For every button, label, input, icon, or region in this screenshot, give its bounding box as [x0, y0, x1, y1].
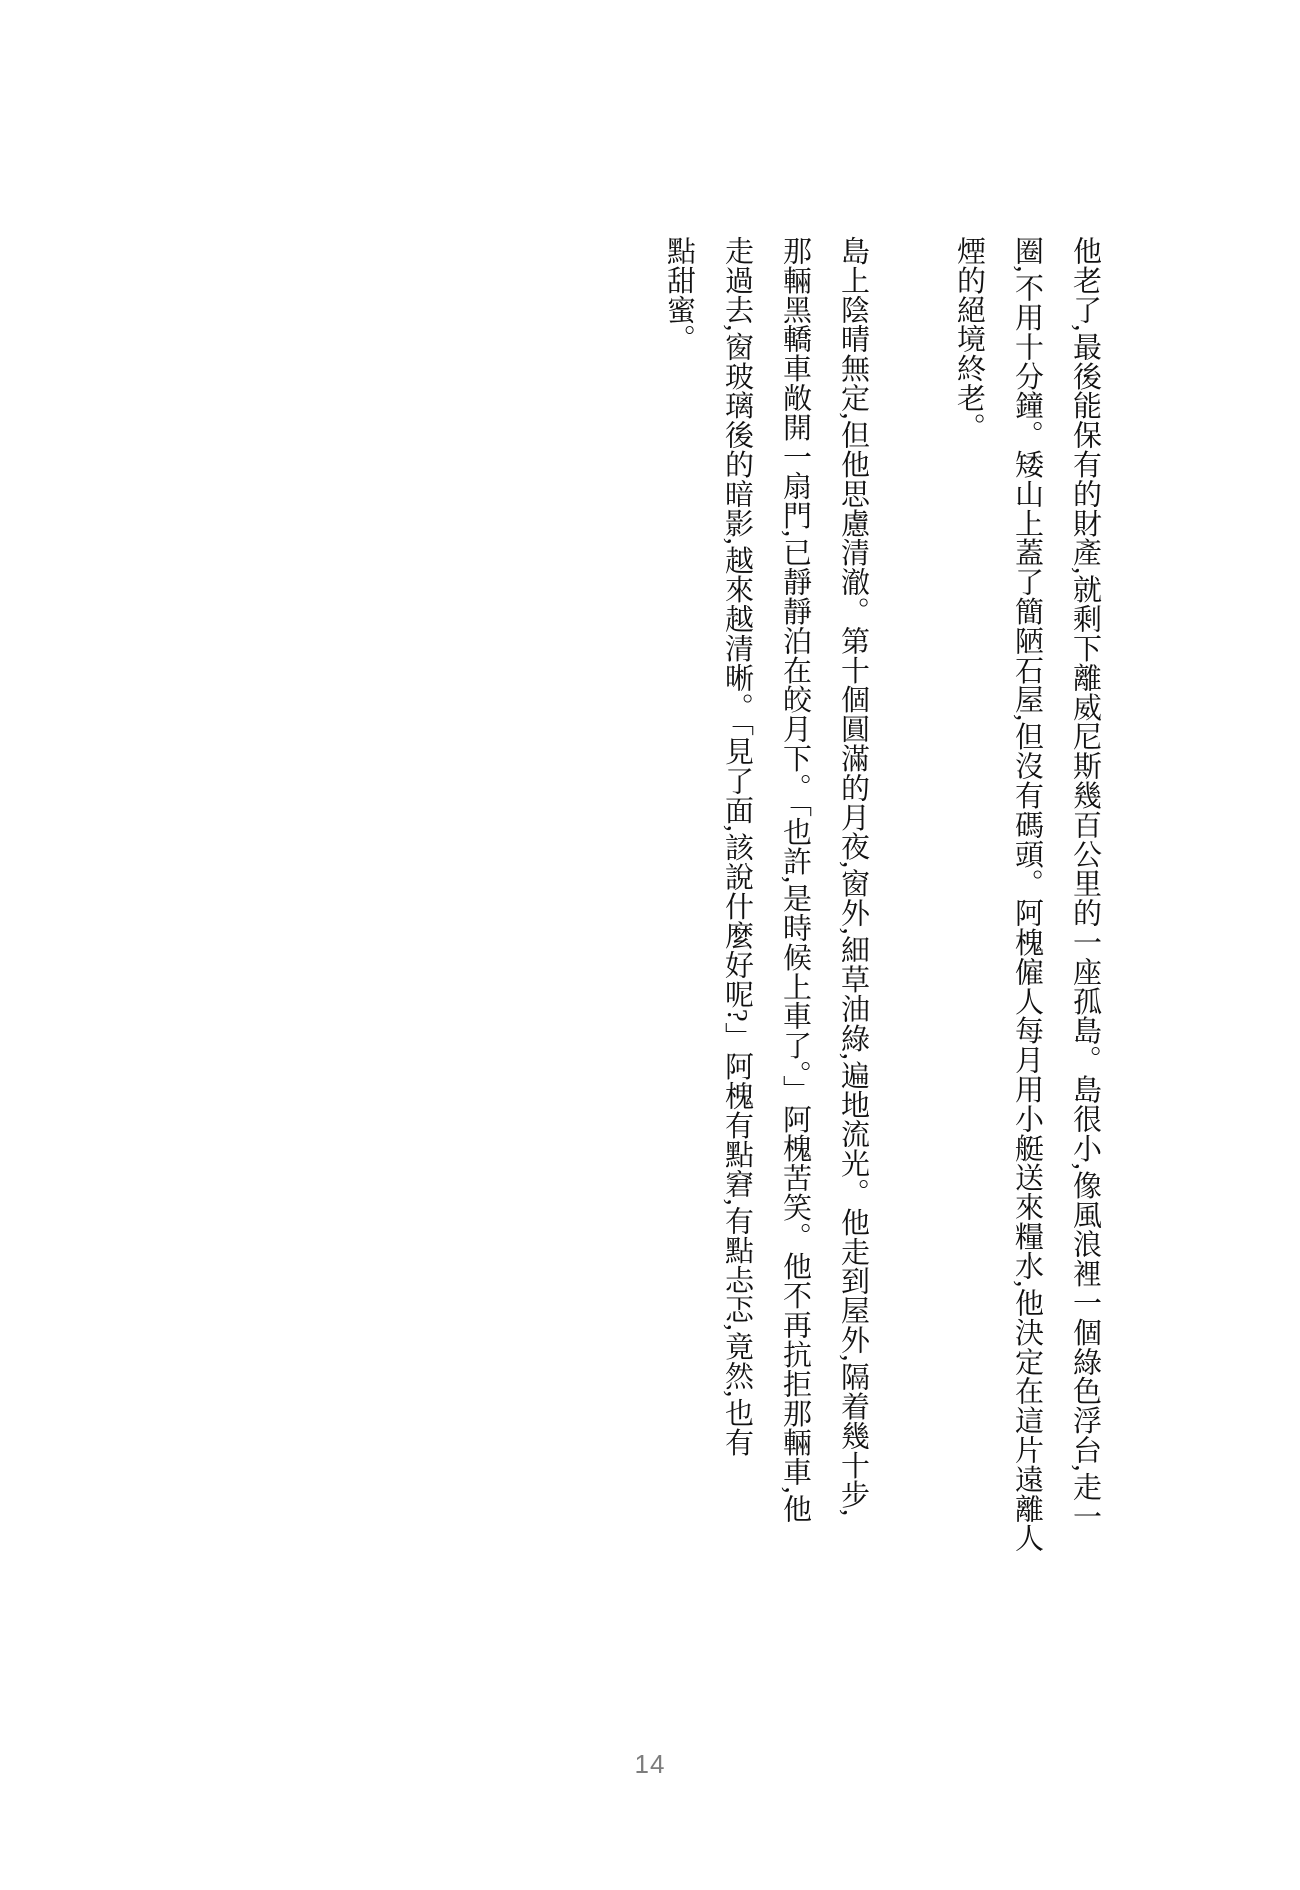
text-column: 他老了,最後能保有的財產,就剩下離威尼斯幾百公里的一座孤島。島很小,像風浪裡一個… — [1056, 236, 1114, 1666]
text-column: 煙的絕境終老。 — [940, 236, 998, 1666]
paragraph: 他老了,最後能保有的財產,就剩下離威尼斯幾百公里的一座孤島。島很小,像風浪裡一個… — [940, 236, 1114, 1666]
text-column: 點甜蜜。 — [650, 236, 708, 1666]
paragraph: 島上陰晴無定,但他思慮清澈。第十個圓滿的月夜,窗外,細草油綠,遍地流光。他走到屋… — [650, 236, 882, 1666]
text-column: 走過去,窗玻璃後的暗影,越來越清晰。「見了面,該說什麼好呢?」阿槐有點窘,有點忐… — [708, 236, 766, 1666]
page-number: 14 — [0, 1749, 1300, 1780]
text-column: 那輛黑轎車敞開一扇門,已靜靜泊在皎月下。「也許,是時候上車了。」阿槐苦笑。他不再… — [766, 236, 824, 1666]
text-column: 島上陰晴無定,但他思慮清澈。第十個圓滿的月夜,窗外,細草油綠,遍地流光。他走到屋… — [824, 236, 882, 1666]
book-page: 他老了,最後能保有的財產,就剩下離威尼斯幾百公里的一座孤島。島很小,像風浪裡一個… — [0, 0, 1300, 1890]
vertical-text-block: 他老了,最後能保有的財產,就剩下離威尼斯幾百公里的一座孤島。島很小,像風浪裡一個… — [650, 236, 1114, 1666]
text-column: 圈,不用十分鐘。矮山上蓋了簡陋石屋,但沒有碼頭。阿槐僱人每月用小艇送來糧水,他決… — [998, 236, 1056, 1666]
